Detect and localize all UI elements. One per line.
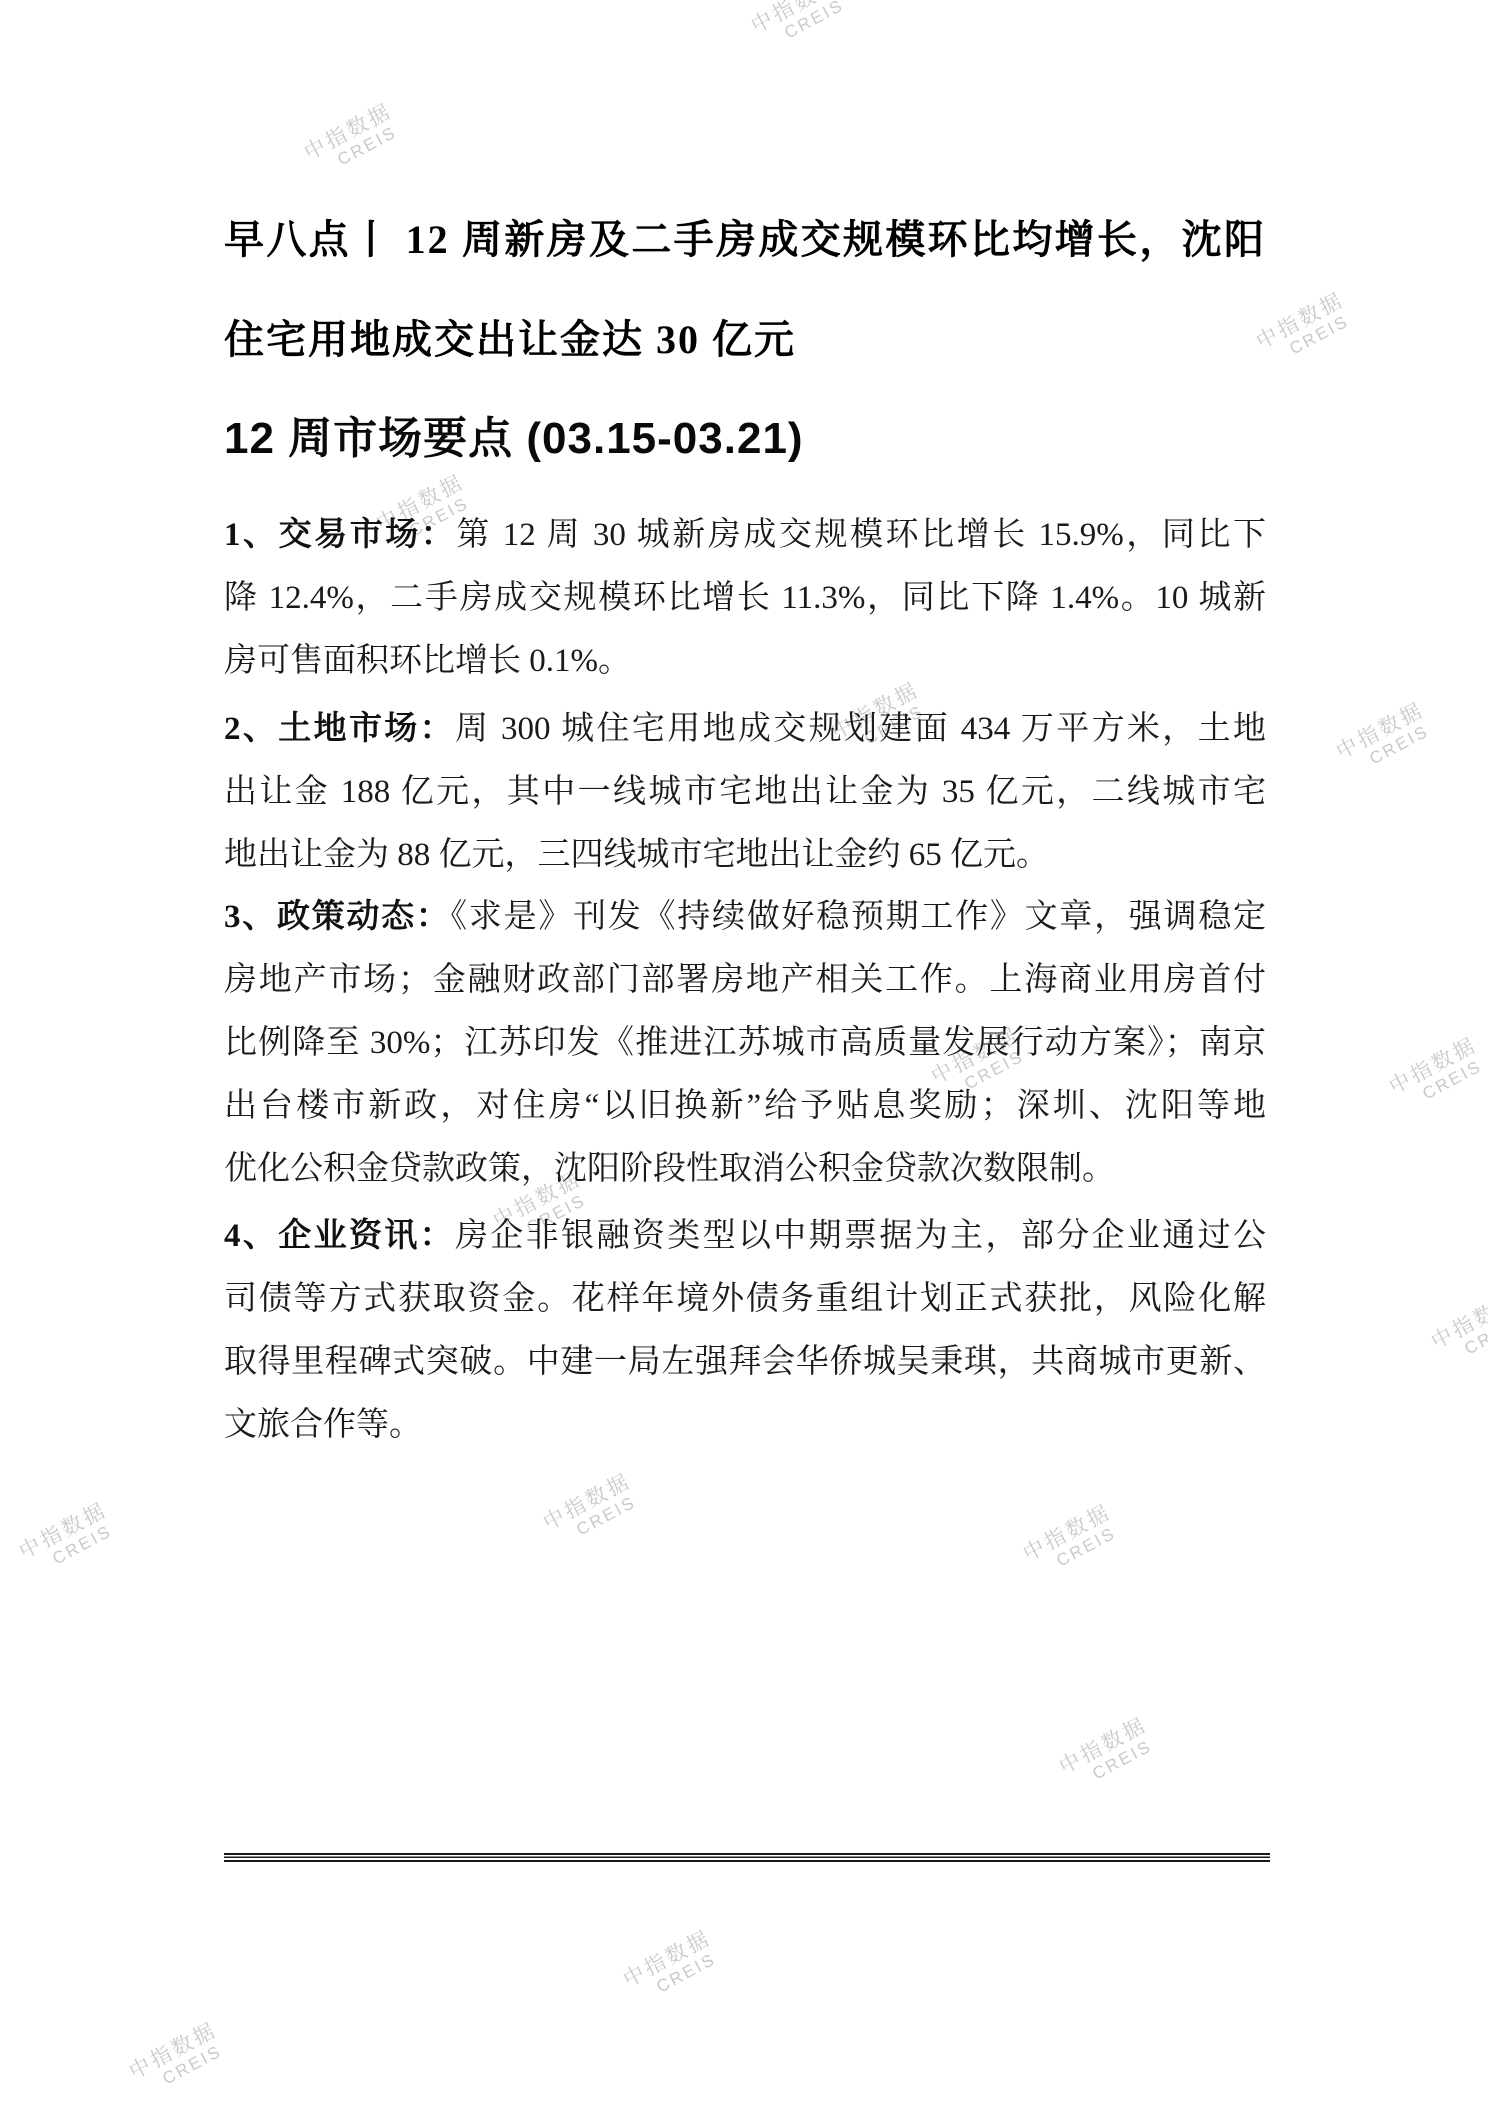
paragraph-line: 地出让金为 88 亿元，三四线城市宅地出让金约 65 亿元。 — [224, 824, 1266, 887]
paragraph-line: 文旅合作等。 — [224, 1394, 1266, 1457]
paragraph-line: 出台楼市新政，对住房“以旧换新”给予贴息奖励；深圳、沈阳等地 — [224, 1075, 1266, 1138]
title-line-2: 住宅用地成交出让金达 30 亿元 — [224, 290, 1266, 390]
paragraph-label: 1、交易市场： — [224, 517, 456, 553]
article-title: 早八点丨 12 周新房及二手房成交规模环比均增长，沈阳 住宅用地成交出让金达 3… — [224, 190, 1266, 390]
section-heading: 12 周市场要点 (03.15-03.21) — [224, 412, 1266, 466]
paragraph-label: 4、企业资讯： — [224, 1218, 455, 1254]
paragraph-line: 优化公积金贷款政策，沈阳阶段性取消公积金贷款次数限制。 — [224, 1138, 1266, 1201]
paragraph-1: 1、交易市场：第 12 周 30 城新房成交规模环比增长 15.9%，同比下 降… — [224, 504, 1266, 693]
paragraph-line: 降 12.4%，二手房成交规模环比增长 11.3%，同比下降 1.4%。10 城… — [224, 567, 1266, 630]
paragraph-line: 取得里程碑式突破。中建一局左强拜会华侨城吴秉琪，共商城市更新、 — [224, 1331, 1266, 1394]
paragraph-4: 4、企业资讯：房企非银融资类型以中期票据为主，部分企业通过公 司债等方式获取资金… — [224, 1205, 1266, 1457]
paragraph-line: 2、土地市场：周 300 城住宅用地成交规划建面 434 万平方米，土地 — [224, 698, 1266, 761]
document-content: 早八点丨 12 周新房及二手房成交规模环比均增长，沈阳 住宅用地成交出让金达 3… — [0, 0, 1488, 2104]
paragraph-text: 房企非银融资类型以中期票据为主，部分企业通过公 — [455, 1218, 1266, 1254]
paragraph-line: 房地产市场；金融财政部门部署房地产相关工作。上海商业用房首付 — [224, 949, 1266, 1012]
divider-double-rule — [224, 1853, 1270, 1862]
paragraph-line: 1、交易市场：第 12 周 30 城新房成交规模环比增长 15.9%，同比下 — [224, 504, 1266, 567]
paragraph-2: 2、土地市场：周 300 城住宅用地成交规划建面 434 万平方米，土地 出让金… — [224, 698, 1266, 887]
paragraph-label: 2、土地市场： — [224, 711, 455, 747]
paragraph-line: 司债等方式获取资金。花样年境外债务重组计划正式获批，风险化解 — [224, 1268, 1266, 1331]
paragraph-3: 3、政策动态：《求是》刊发《持续做好稳预期工作》文章，强调稳定 房地产市场；金融… — [224, 886, 1266, 1201]
paragraph-line: 4、企业资讯：房企非银融资类型以中期票据为主，部分企业通过公 — [224, 1205, 1266, 1268]
paragraph-line: 出让金 188 亿元，其中一线城市宅地出让金为 35 亿元，二线城市宅 — [224, 761, 1266, 824]
title-line-1: 早八点丨 12 周新房及二手房成交规模环比均增长，沈阳 — [224, 190, 1266, 290]
paragraph-line: 房可售面积环比增长 0.1%。 — [224, 630, 1266, 693]
paragraph-text: 《求是》刊发《持续做好稳预期工作》文章，强调稳定 — [451, 899, 1266, 935]
document-page: 中指数据CREIS中指数据CREIS中指数据CREIS中指数据CREIS中指数据… — [0, 0, 1488, 2104]
paragraph-line: 比例降至 30%；江苏印发《推进江苏城市高质量发展行动方案》；南京 — [224, 1012, 1266, 1075]
paragraph-line: 3、政策动态：《求是》刊发《持续做好稳预期工作》文章，强调稳定 — [224, 886, 1266, 949]
paragraph-text: 周 300 城住宅用地成交规划建面 434 万平方米，土地 — [455, 711, 1266, 747]
paragraph-label: 3、政策动态： — [224, 899, 451, 935]
paragraph-text: 第 12 周 30 城新房成交规模环比增长 15.9%，同比下 — [456, 517, 1266, 553]
